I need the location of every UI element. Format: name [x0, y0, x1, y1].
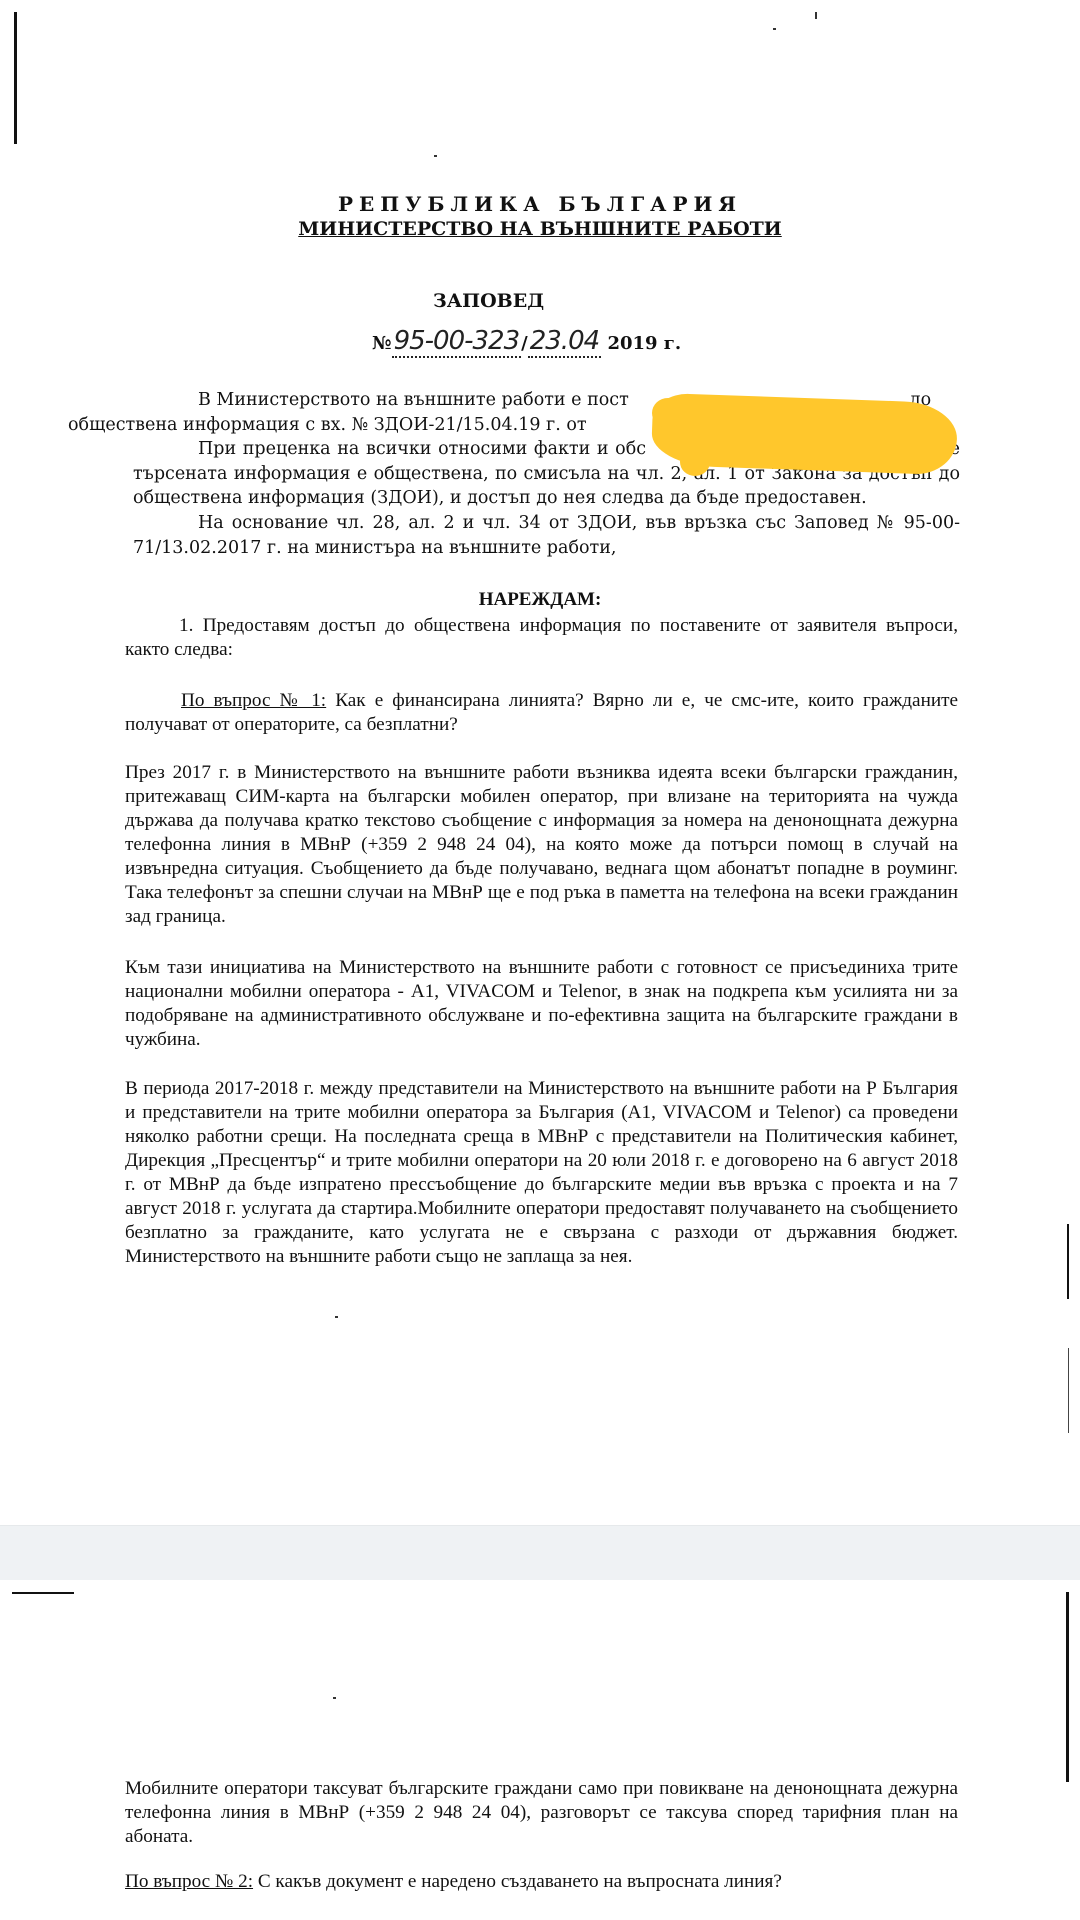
question-1-label: По въпрос № 1: [181, 690, 326, 711]
scan-speck [434, 155, 437, 157]
document-page-2: Мобилните оператори таксуват българските… [0, 1580, 1080, 1920]
question-1: По въпрос № 1: Как е финансирана линията… [125, 689, 958, 737]
scan-speck [815, 12, 817, 19]
scan-edge-line [1067, 1224, 1069, 1299]
scan-edge-line [12, 1592, 74, 1594]
handwritten-order-date: 23.04 [528, 326, 601, 358]
scan-edge-line [1068, 1348, 1069, 1433]
country-heading: РЕПУБЛИКА БЪЛГАРИЯ [0, 192, 1080, 216]
number-sign: № [372, 333, 392, 354]
intro-paragraph-3: На основание чл. 28, ал. 2 и чл. 34 от З… [133, 511, 960, 560]
answer-1-paragraph-2: Към тази инициатива на Министерството на… [125, 956, 958, 1052]
decree-item-1: 1. Предоставям достъп до обществена инфо… [125, 614, 958, 662]
redaction-mark-blob [652, 398, 684, 428]
ministry-heading: МИНИСТЕРСТВО НА ВЪНШНИТЕ РАБОТИ [0, 218, 1080, 240]
answer-1-paragraph-1: През 2017 г. в Министерството на външнит… [125, 761, 958, 929]
scan-speck [333, 1697, 336, 1699]
ministry-heading-text: МИНИСТЕРСТВО НА ВЪНШНИТЕ РАБОТИ [298, 218, 782, 240]
document-page-1: РЕПУБЛИКА БЪЛГАРИЯ МИНИСТЕРСТВО НА ВЪНШН… [0, 0, 1080, 1525]
scan-speck [773, 28, 776, 30]
question-2-label: По въпрос № 2: [125, 1871, 253, 1892]
answer-1-paragraph-3: В периода 2017-2018 г. между представите… [125, 1077, 958, 1269]
scan-speck [335, 1316, 338, 1318]
handwritten-order-number: 95-00-323 [392, 326, 522, 358]
question-2-text: С какъв документ е наредено създаването … [253, 1871, 782, 1892]
question-2: По въпрос № 2: С какъв документ е нареде… [125, 1870, 958, 1894]
answer-1-continued: Мобилните оператори таксуват българските… [125, 1777, 958, 1849]
decree-heading: НАРЕЖДАМ: [0, 589, 1080, 611]
redaction-mark-blob [680, 448, 710, 476]
order-title: ЗАПОВЕД [433, 290, 544, 312]
scan-edge-line [14, 12, 17, 144]
order-year: 2019 г. [607, 333, 681, 354]
scan-edge-line [1066, 1592, 1069, 1782]
intro-p1-line2-start: обществена информация с вх. № ЗДОИ-21/15… [68, 413, 587, 438]
number-date-separator: / [521, 333, 528, 354]
intro-p2-start: При преценка на всички относими факти и … [198, 439, 646, 459]
order-number-line: №95-00-323/23.04 2019 г. [372, 326, 681, 356]
page-break [0, 1525, 1080, 1582]
intro-p1-start: В Министерството на външните работи е по… [198, 390, 629, 410]
